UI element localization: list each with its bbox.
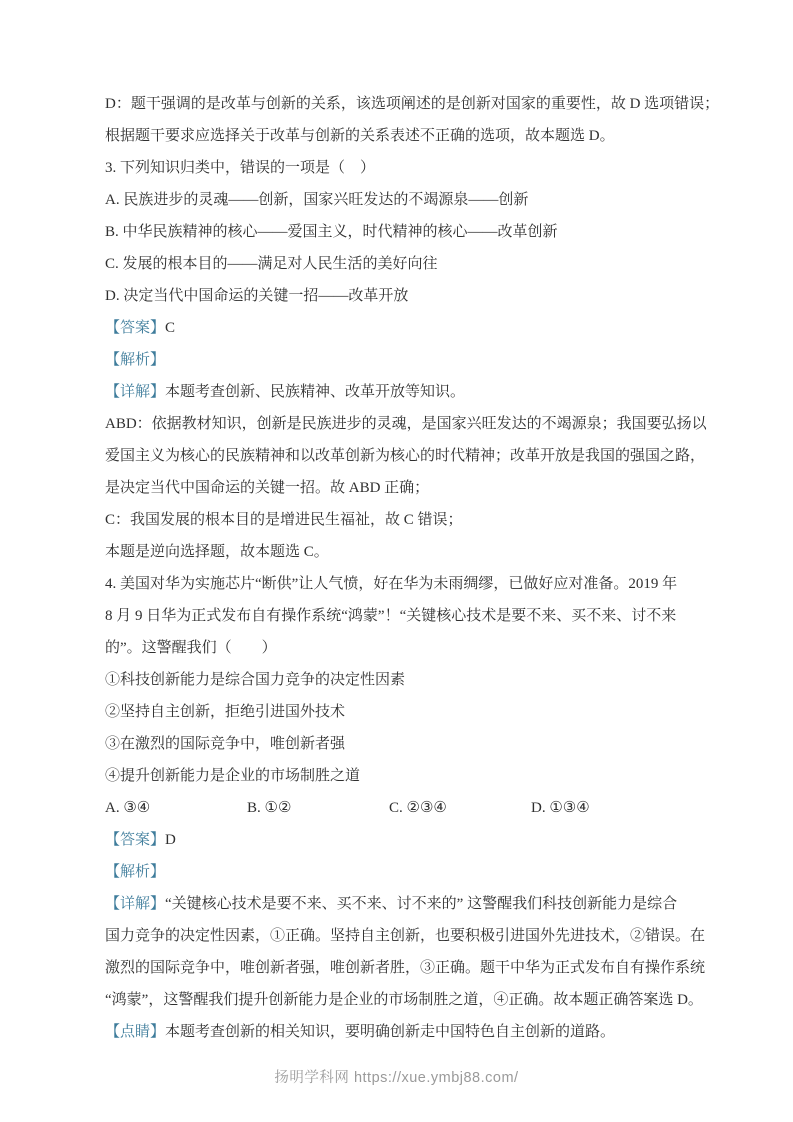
q4-stem-2-text: 8 月 9 日华为正式发布自有操作系统“鸿蒙”！“关键核心技术是要不来、买不来、…: [105, 608, 676, 624]
q4-detail-4: “鸿蒙”，这警醒我们提升创新能力是企业的市场制胜之道，④正确。故本题正确答案选 …: [105, 984, 715, 1016]
q3-option-d-text: D. 决定当代中国命运的关键一招——改革开放: [105, 288, 408, 304]
q4-answer-label: 【答案】: [105, 832, 165, 848]
q4-statement-1: ①科技创新能力是综合国力竞争的决定性因素: [105, 664, 715, 696]
q4-detail-1: 【详解】“关键核心技术是要不来、买不来、讨不来的” 这警醒我们科技创新能力是综合: [105, 888, 715, 920]
q4-options-c: C. ②③④: [389, 792, 531, 824]
q4-statement-3: ③在激烈的国际竞争中，唯创新者强: [105, 728, 715, 760]
q4-statement-2: ②坚持自主创新，拒绝引进国外技术: [105, 696, 715, 728]
q3-detail-conclusion-text: 本题是逆向选择题，故本题选 C。: [105, 544, 329, 560]
page-footer: 扬明学科网 https://xue.ymbj88.com/: [0, 1066, 793, 1087]
q4-answer: 【答案】D: [105, 824, 715, 856]
q4-statement-4: ④提升创新能力是企业的市场制胜之道: [105, 760, 715, 792]
q3-detail-conclusion: 本题是逆向选择题，故本题选 C。: [105, 536, 715, 568]
q3-analysis-heading-label: 【解析】: [105, 352, 165, 368]
q4-detail-3: 激烈的国际竞争中，唯创新者强，唯创新者胜，③正确。题干中华为正式发布自有操作系统: [105, 952, 715, 984]
q4-stem-2: 8 月 9 日华为正式发布自有操作系统“鸿蒙”！“关键核心技术是要不来、买不来、…: [105, 600, 715, 632]
q2-explanation-d-text: D：题干强调的是改革与创新的关系，该选项阐述的是创新对国家的重要性，故 D 选项…: [105, 96, 719, 112]
q4-stem-1-text: 4. 美国对华为实施芯片“断供”让人气愤，好在华为未雨绸缪，已做好应对准备。20…: [105, 576, 677, 592]
q4-detail-4-text: “鸿蒙”，这警醒我们提升创新能力是企业的市场制胜之道，④正确。故本题正确答案选 …: [105, 992, 703, 1008]
q4-answer-text: D: [165, 832, 176, 848]
footer-site-name: 扬明学科网: [274, 1070, 354, 1086]
q3-detail-text: 本题考查创新、民族精神、改革开放等知识。: [165, 384, 465, 400]
q3-detail: 【详解】本题考查创新、民族精神、改革开放等知识。: [105, 376, 715, 408]
q3-option-c-text: C. 发展的根本目的——满足对人民生活的美好向往: [105, 256, 438, 272]
document-body: D：题干强调的是改革与创新的关系，该选项阐述的是创新对国家的重要性，故 D 选项…: [105, 88, 715, 1048]
q3-detail-abd-2: 爱国主义为核心的民族精神和以改革创新为核心的时代精神；改革开放是我国的强国之路，: [105, 440, 715, 472]
q4-detail-2: 国力竞争的决定性因素，①正确。坚持自主创新，也要积极引进国外先进技术，②错误。在: [105, 920, 715, 952]
q4-tip: 【点睛】本题考查创新的相关知识，要明确创新走中国特色自主创新的道路。: [105, 1016, 715, 1048]
q4-analysis-heading: 【解析】: [105, 856, 715, 888]
q3-stem-text: 3. 下列知识归类中，错误的一项是（ ）: [105, 160, 375, 176]
q4-statement-2-text: ②坚持自主创新，拒绝引进国外技术: [105, 704, 345, 720]
q3-option-d: D. 决定当代中国命运的关键一招——改革开放: [105, 280, 715, 312]
q4-statement-3-text: ③在激烈的国际竞争中，唯创新者强: [105, 736, 345, 752]
q4-stem-3: 的”。这警醒我们（ ）: [105, 632, 715, 664]
q4-options: A. ③④B. ①②C. ②③④D. ①③④: [105, 792, 715, 824]
q3-option-c: C. 发展的根本目的——满足对人民生活的美好向往: [105, 248, 715, 280]
q4-detail-2-text: 国力竞争的决定性因素，①正确。坚持自主创新，也要积极引进国外先进技术，②错误。在: [105, 928, 705, 944]
q3-detail-abd-1: ABD：依据教材知识，创新是民族进步的灵魂，是国家兴旺发达的不竭源泉；我国要弘扬…: [105, 408, 715, 440]
q3-answer-label: 【答案】: [105, 320, 165, 336]
q3-option-b-text: B. 中华民族精神的核心——爱国主义，时代精神的核心——改革创新: [105, 224, 558, 240]
q3-analysis-heading: 【解析】: [105, 344, 715, 376]
q4-detail-1-label: 【详解】: [105, 896, 165, 912]
q4-statement-4-text: ④提升创新能力是企业的市场制胜之道: [105, 768, 360, 784]
q3-detail-abd-1-text: ABD：依据教材知识，创新是民族进步的灵魂，是国家兴旺发达的不竭源泉；我国要弘扬…: [105, 416, 707, 432]
q2-explanation-conclusion: 根据题干要求应选择关于改革与创新的关系表述不正确的选项，故本题选 D。: [105, 120, 715, 152]
q4-tip-text: 本题考查创新的相关知识，要明确创新走中国特色自主创新的道路。: [165, 1024, 615, 1040]
q3-answer-text: C: [165, 320, 175, 336]
q2-explanation-conclusion-text: 根据题干要求应选择关于改革与创新的关系表述不正确的选项，故本题选 D。: [105, 128, 615, 144]
q3-answer: 【答案】C: [105, 312, 715, 344]
q3-detail-c-text: C：我国发展的根本目的是增进民生福祉，故 C 错误；: [105, 512, 463, 528]
q4-analysis-heading-label: 【解析】: [105, 864, 165, 880]
q4-statement-1-text: ①科技创新能力是综合国力竞争的决定性因素: [105, 672, 405, 688]
q4-detail-1-text: “关键核心技术是要不来、买不来、讨不来的” 这警醒我们科技创新能力是综合: [165, 896, 677, 912]
q4-options-a: A. ③④: [105, 792, 247, 824]
q3-option-a: A. 民族进步的灵魂——创新，国家兴旺发达的不竭源泉——创新: [105, 184, 715, 216]
q4-options-d: D. ①③④: [531, 792, 673, 824]
footer-url: https://xue.ymbj88.com/: [354, 1070, 519, 1086]
q3-option-b: B. 中华民族精神的核心——爱国主义，时代精神的核心——改革创新: [105, 216, 715, 248]
q3-option-a-text: A. 民族进步的灵魂——创新，国家兴旺发达的不竭源泉——创新: [105, 192, 528, 208]
q3-detail-abd-3: 是决定当代中国命运的关键一招。故 ABD 正确；: [105, 472, 715, 504]
q3-detail-label: 【详解】: [105, 384, 165, 400]
q4-options-b: B. ①②: [247, 792, 389, 824]
q3-detail-abd-3-text: 是决定当代中国命运的关键一招。故 ABD 正确；: [105, 480, 429, 496]
q2-explanation-d: D：题干强调的是改革与创新的关系，该选项阐述的是创新对国家的重要性，故 D 选项…: [105, 88, 715, 120]
q3-detail-abd-2-text: 爱国主义为核心的民族精神和以改革创新为核心的时代精神；改革开放是我国的强国之路，: [105, 448, 705, 464]
q4-detail-3-text: 激烈的国际竞争中，唯创新者强，唯创新者胜，③正确。题干中华为正式发布自有操作系统: [105, 960, 705, 976]
q4-stem-1: 4. 美国对华为实施芯片“断供”让人气愤，好在华为未雨绸缪，已做好应对准备。20…: [105, 568, 715, 600]
q3-stem: 3. 下列知识归类中，错误的一项是（ ）: [105, 152, 715, 184]
q3-detail-c: C：我国发展的根本目的是增进民生福祉，故 C 错误；: [105, 504, 715, 536]
q4-tip-label: 【点睛】: [105, 1024, 165, 1040]
q4-stem-3-text: 的”。这警醒我们（ ）: [105, 640, 277, 656]
